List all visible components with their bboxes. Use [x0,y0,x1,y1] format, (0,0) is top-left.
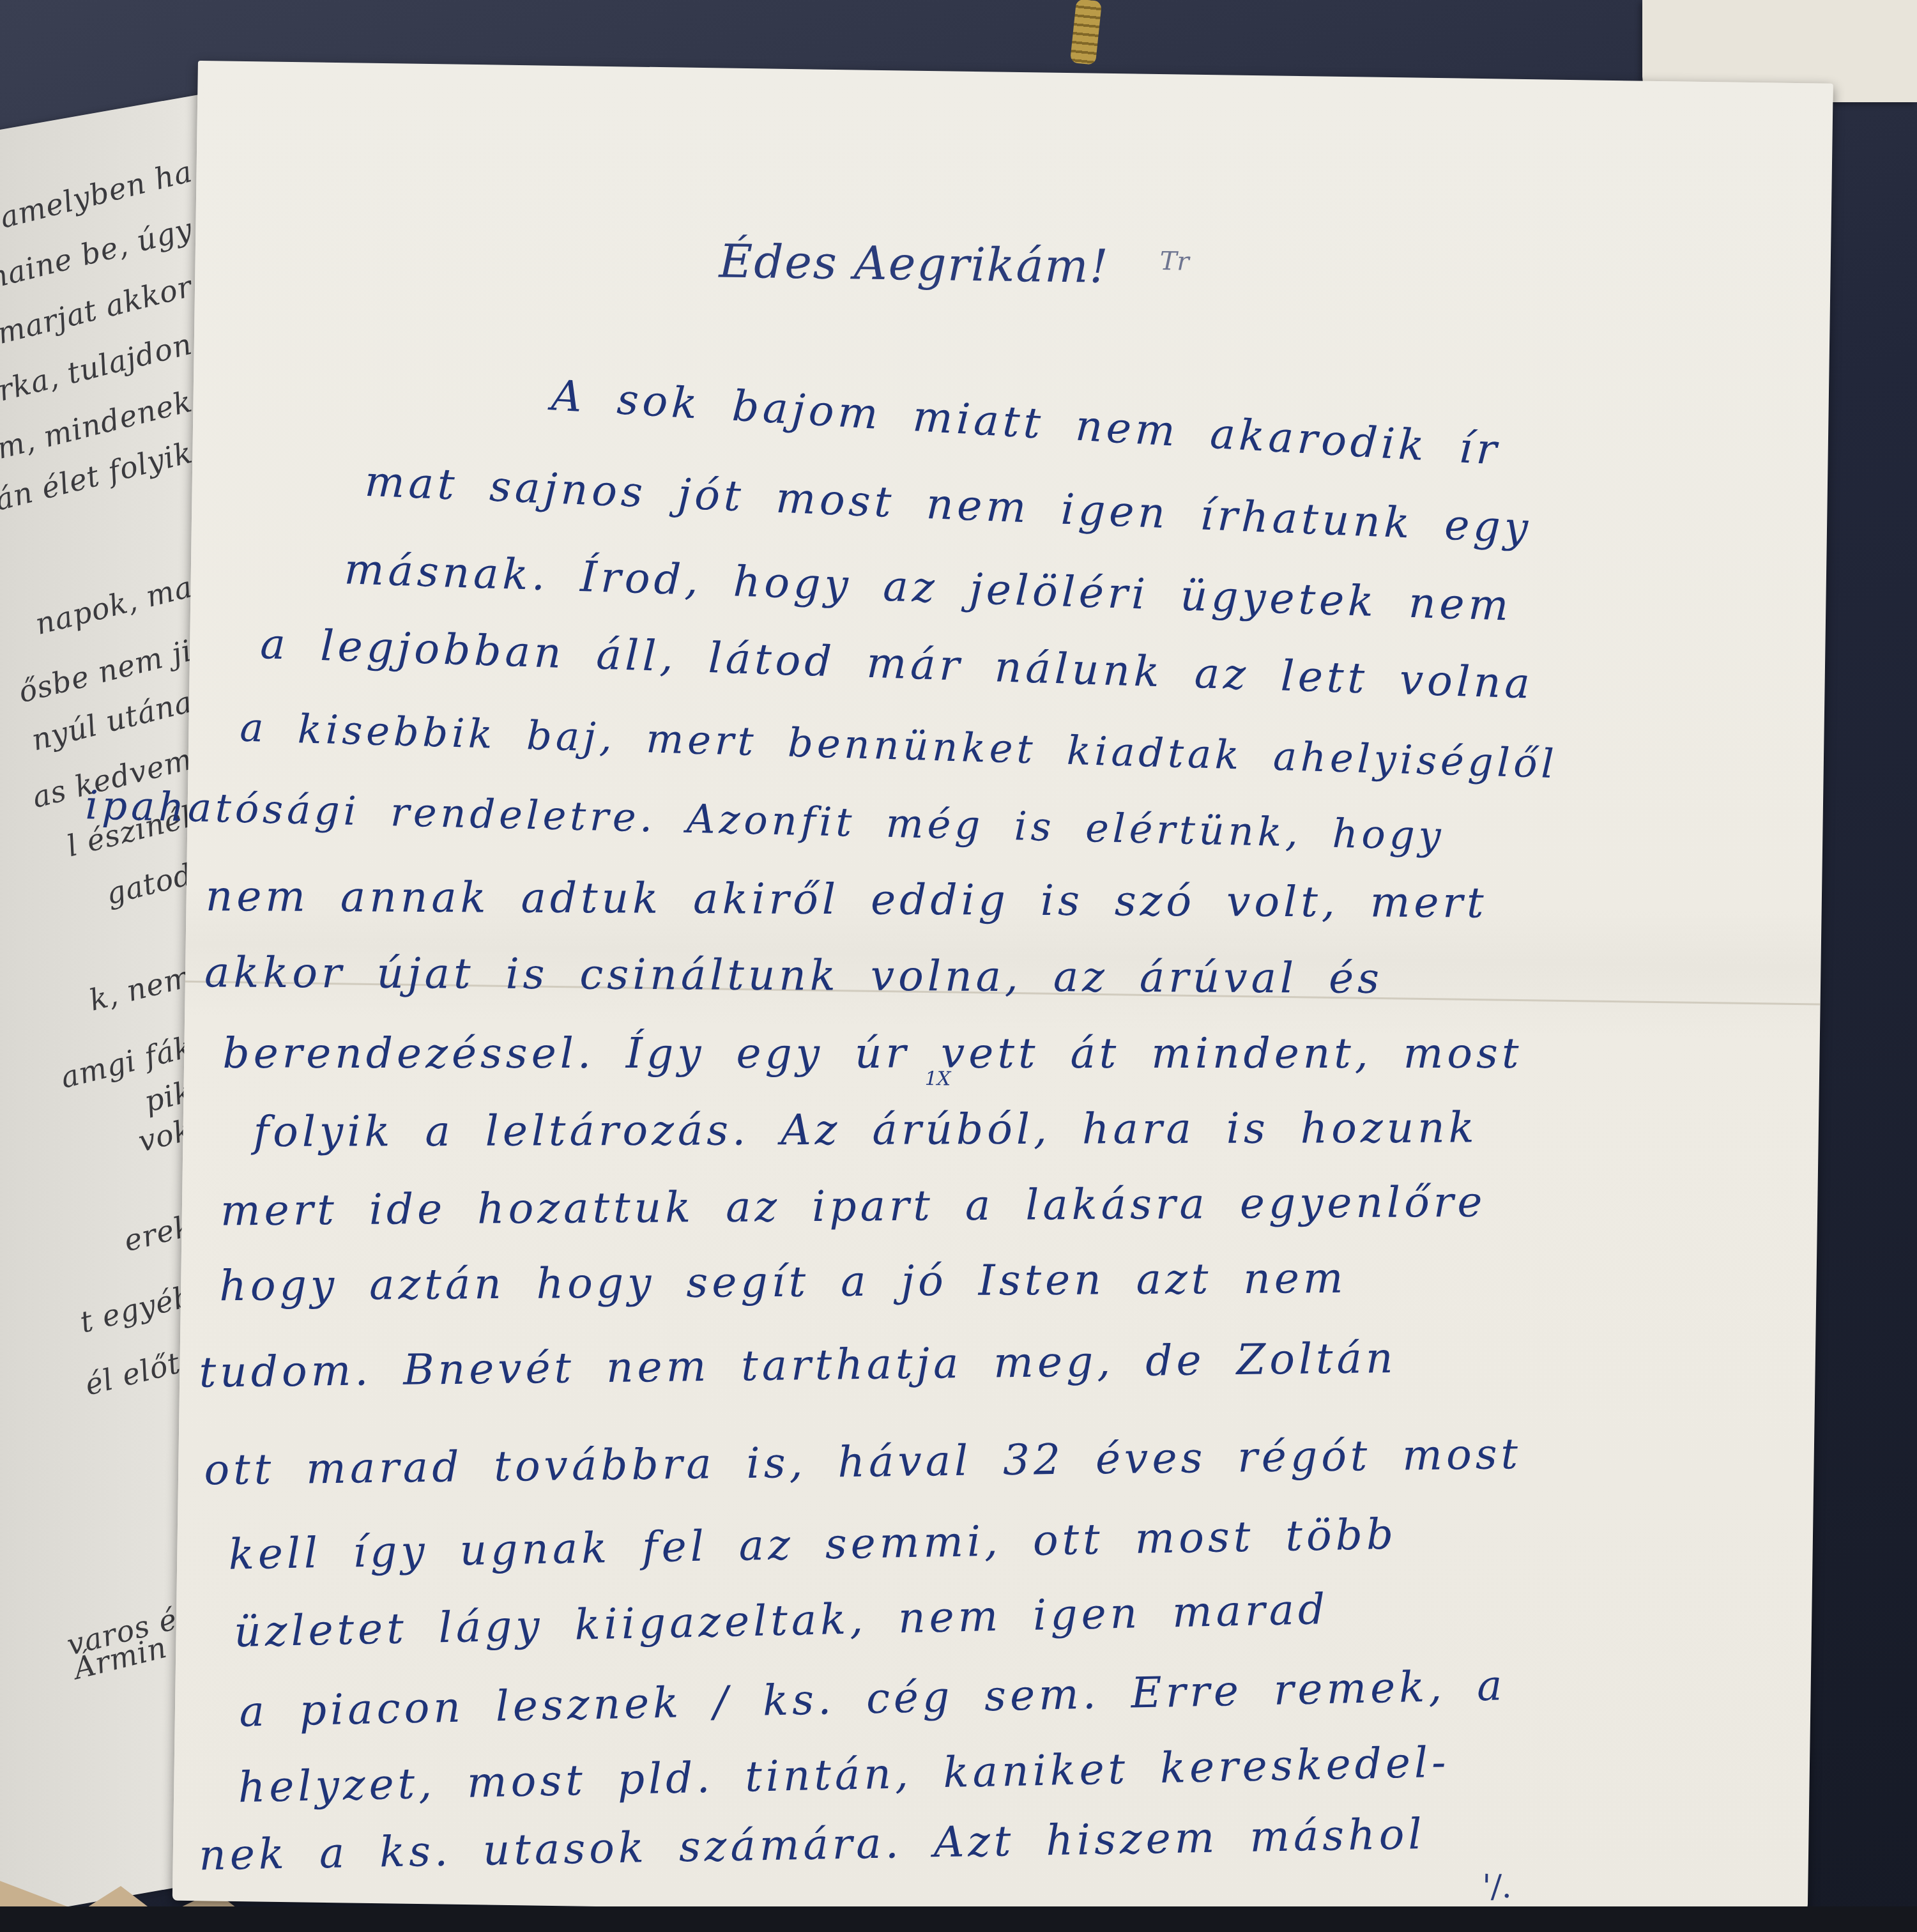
letter-line: mert ide hozattuk az ipart a lakásra egy… [220,1177,1486,1236]
letter-line: folyik a leltározás. Az árúból, hara is … [254,1103,1478,1156]
photo-scene: vettük, amelyben ha gy maine be, úgy ham… [0,0,1917,1932]
letter-body: A sok bajom miatt nem akarodik ír mat sa… [172,61,1833,1923]
letter-line: tudom. Bnevét nem tarthatja meg, de Zolt… [199,1333,1397,1397]
letter-line: ipahatósági rendeletre. Azonfit még is e… [85,781,1445,859]
letter-line: a piacon lesznek / ks. cég sem. Erre rem… [239,1660,1506,1736]
letter-line: a legjobban áll, látod már nálunk az let… [259,619,1534,709]
letter-line: mat sajnos jót most nem igen írhatunk eg… [364,457,1533,553]
letter-line: berendezéssel. Így egy úr vett át minden… [222,1029,1522,1078]
left-line: k, nem [86,959,196,1018]
inline-annotation-mark: 1X [925,1068,951,1091]
letter-line: a kisebbik baj, mert bennünket kiadtak a… [240,704,1559,788]
letter-line: helyzet, most pld. tintán, kaniket keres… [238,1738,1450,1813]
letter-page: Édes Aegrikám! Tr A sok bajom miatt nem … [172,61,1833,1923]
letter-line: üzletet lágy kiigazeltak, nem igen marad [233,1584,1329,1657]
letter-line: hogy aztán hogy segít a jó Isten azt nem [219,1253,1347,1310]
letter-line: kell így ugnak fel az semmi, ott most tö… [228,1510,1398,1579]
letter-line: nem annak adtuk akiről eddig is szó volt… [206,871,1488,928]
left-line: gatod [102,857,195,912]
table-edge [0,1906,1917,1932]
gold-chain-decoration [1070,0,1102,65]
left-line: él előtt [81,1342,195,1402]
letter-line: másnak. Írod, hogy az jelöléri ügyetek n… [344,544,1513,630]
bottom-continuation-mark: '/. [1482,1867,1512,1905]
letter-line: ott marad továbbra is, hával 32 éves rég… [204,1429,1522,1494]
left-line: napok, ma [32,569,196,641]
left-page-text: vettük, amelyben ha gy maine be, úgy ham… [0,134,204,1859]
left-line: t egyéb [76,1278,195,1340]
letter-line: A sok bajom miatt nem akarodik ír [550,371,1502,475]
letter-line: nek a ks. utasok számára. Azt hiszem más… [199,1809,1426,1880]
letter-line: akkor újat is csináltunk volna, az árúva… [204,947,1383,1003]
